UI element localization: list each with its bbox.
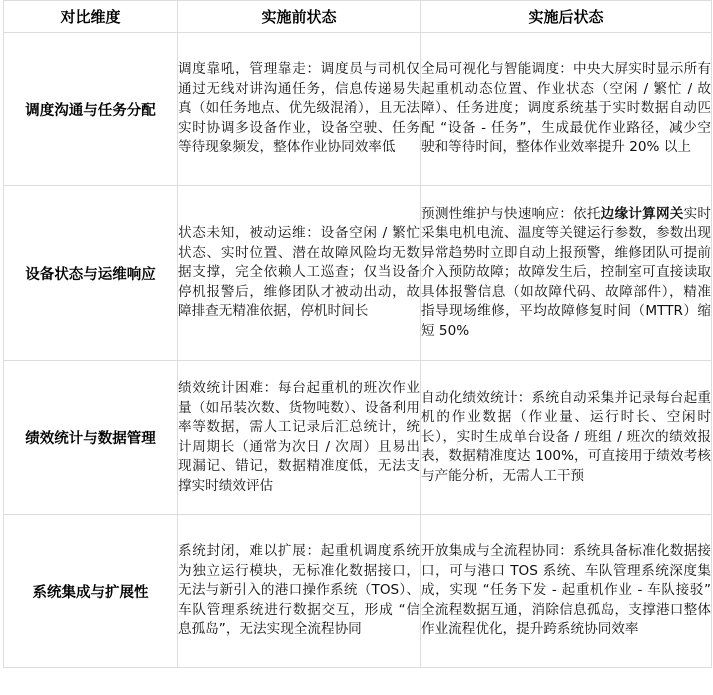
after-prefix: 预测性维护与快速响应：依托 <box>421 206 601 222</box>
dimension-cell: 设备状态与运维响应 <box>4 186 178 361</box>
table-row: 设备状态与运维响应 状态未知，被动运维：设备空闲 / 繁忙状态、实时位置、潜在故… <box>4 186 712 361</box>
before-cell: 绩效统计困难：每台起重机的班次作业量（如吊装次数、货物吨数）、设备利用率等数据，… <box>178 361 421 515</box>
after-cell: 预测性维护与快速响应：依托边缘计算网关实时采集电机电流、温度等关键运行参数，参数… <box>421 186 712 361</box>
table-row: 调度沟通与任务分配 调度靠吼，管理靠走：调度员与司机仅通过无线对讲沟通任务，信息… <box>4 33 712 186</box>
highlight-term: 边缘计算网关 <box>601 206 684 222</box>
dimension-cell: 调度沟通与任务分配 <box>4 33 178 186</box>
table-row: 绩效统计与数据管理 绩效统计困难：每台起重机的班次作业量（如吊装次数、货物吨数）… <box>4 361 712 515</box>
header-after: 实施后状态 <box>421 1 712 33</box>
before-cell: 调度靠吼，管理靠走：调度员与司机仅通过无线对讲沟通任务，信息传递易失真（如任务地… <box>178 33 421 186</box>
after-rest: 实时采集电机电流、温度等关键运行参数，参数出现异常趋势时立即自动上报预警，维修团… <box>421 206 711 339</box>
dimension-cell: 绩效统计与数据管理 <box>4 361 178 515</box>
before-cell: 系统封闭，难以扩展：起重机调度系统为独立运行模块，无标准化数据接口，无法与新引入… <box>178 515 421 668</box>
after-cell: 开放集成与全流程协同：系统具备标准化数据接口，可与港口 TOS 系统、车队管理系… <box>421 515 712 668</box>
before-cell: 状态未知，被动运维：设备空闲 / 繁忙状态、实时位置、潜在故障风险均无数据支撑，… <box>178 186 421 361</box>
comparison-table: 对比维度 实施前状态 实施后状态 调度沟通与任务分配 调度靠吼，管理靠走：调度员… <box>3 0 712 668</box>
dimension-cell: 系统集成与扩展性 <box>4 515 178 668</box>
header-row: 对比维度 实施前状态 实施后状态 <box>4 1 712 33</box>
header-before: 实施前状态 <box>178 1 421 33</box>
after-cell: 全局可视化与智能调度：中央大屏实时显示所有起重机动态位置、作业状态（空闲 / 繁… <box>421 33 712 186</box>
header-dimension: 对比维度 <box>4 1 178 33</box>
table-row: 系统集成与扩展性 系统封闭，难以扩展：起重机调度系统为独立运行模块，无标准化数据… <box>4 515 712 668</box>
after-cell: 自动化绩效统计：系统自动采集并记录每台起重机的作业数据（作业量、运行时长、空闲时… <box>421 361 712 515</box>
